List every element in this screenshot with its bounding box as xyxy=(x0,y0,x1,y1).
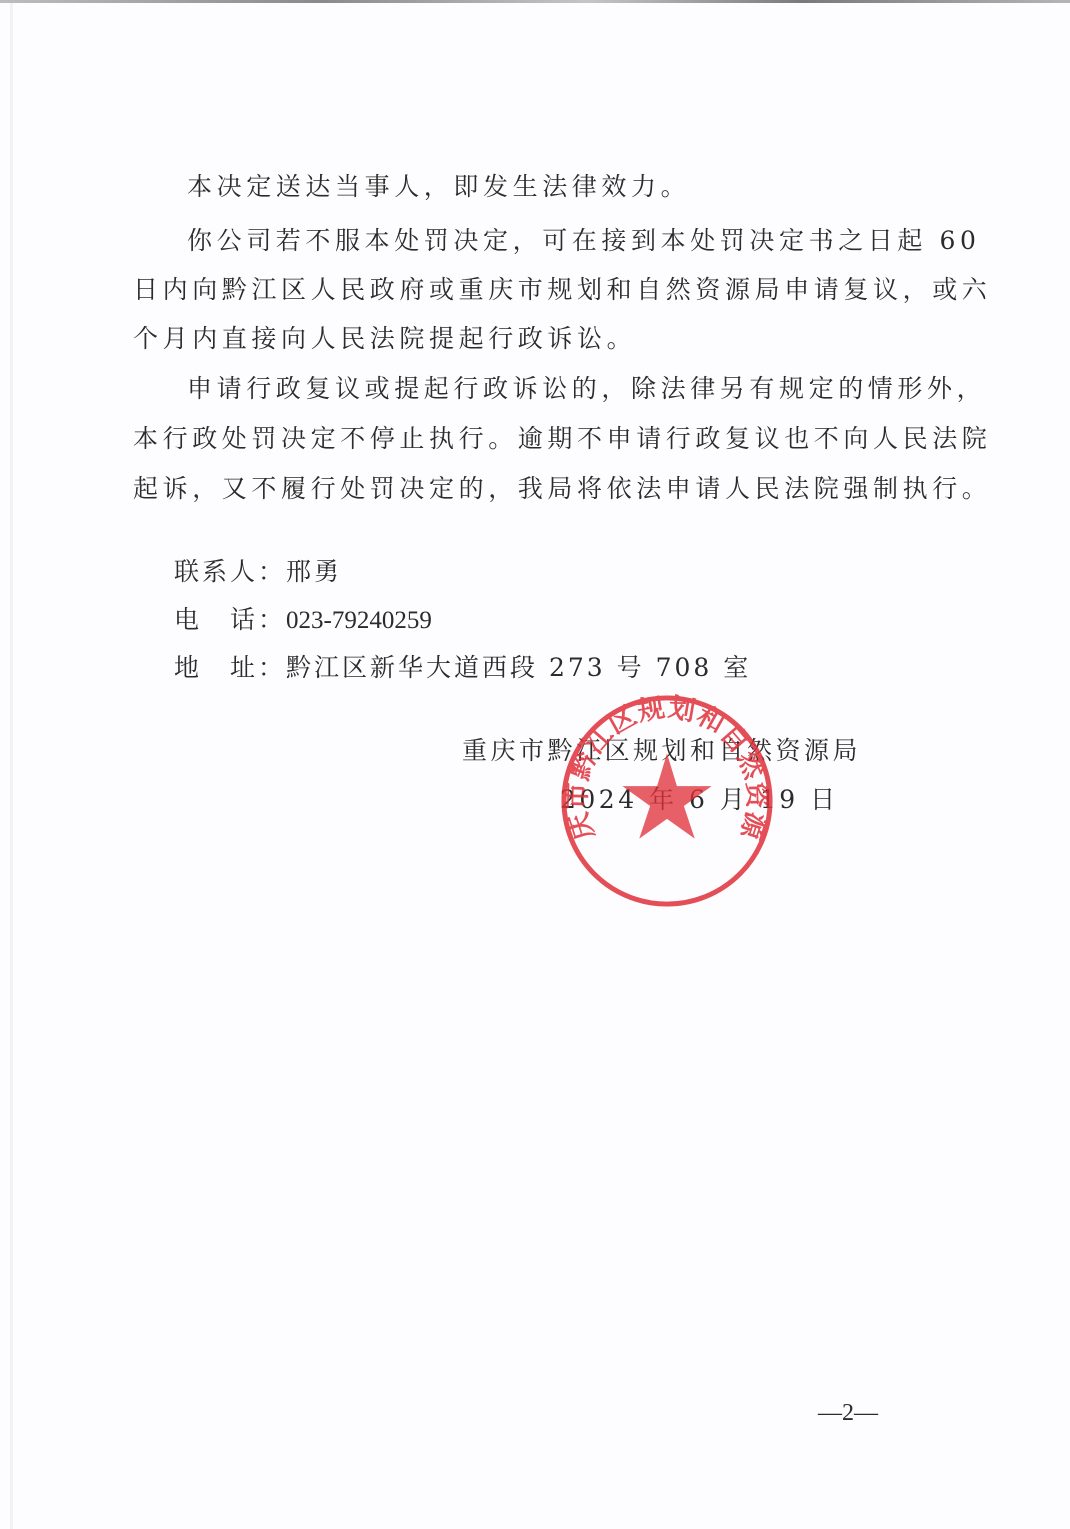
page-number: —2— xyxy=(818,1399,878,1427)
paragraph-2-line-1: 你公司若不服本处罚决定，可在接到本处罚决定书之日起 60 xyxy=(187,226,1027,256)
scan-left-edge xyxy=(10,3,13,1529)
paragraph-3-line-1: 申请行政复议或提起行政诉讼的，除法律另有规定的情形外， xyxy=(187,374,1027,404)
contact-address-value: 黔江区新华大道西段 273 号 708 室 xyxy=(286,653,751,682)
scan-top-edge xyxy=(0,0,1070,3)
paragraph-3-line-3: 起诉，又不履行处罚决定的，我局将依法申请人民法院强制执行。 xyxy=(133,474,973,504)
seal-text: 重庆市黔江区规划和自然资源局 xyxy=(558,692,774,844)
signature-organization: 重庆市黔江区规划和自然资源局 xyxy=(462,736,861,766)
contact-phone-value: 023-79240259 xyxy=(286,607,432,634)
contact-person-value: 邢勇 xyxy=(286,557,342,586)
paragraph-2-line-2: 日内向黔江区人民政府或重庆市规划和自然资源局申请复议，或六 xyxy=(133,275,973,305)
paragraph-3-line-2: 本行政处罚决定不停止执行。逾期不申请行政复议也不向人民法院 xyxy=(133,424,973,454)
contact-person: 联系人：邢勇 xyxy=(174,557,342,587)
contact-address: 地 址：黔江区新华大道西段 273 号 708 室 xyxy=(174,653,751,683)
svg-text:重庆市黔江区规划和自然资源局: 重庆市黔江区规划和自然资源局 xyxy=(558,692,774,844)
signature-date: 2024 年 6 月 19 日 xyxy=(560,785,839,815)
paragraph-2-line-3: 个月内直接向人民法院提起行政诉讼。 xyxy=(133,324,973,354)
contact-phone-label: 电 话： xyxy=(174,605,286,634)
contact-phone: 电 话：023-79240259 xyxy=(174,605,432,636)
contact-person-label: 联系人： xyxy=(174,557,286,586)
contact-address-label: 地 址： xyxy=(174,653,286,682)
paragraph-1-line-1: 本决定送达当事人，即发生法律效力。 xyxy=(187,172,1027,202)
